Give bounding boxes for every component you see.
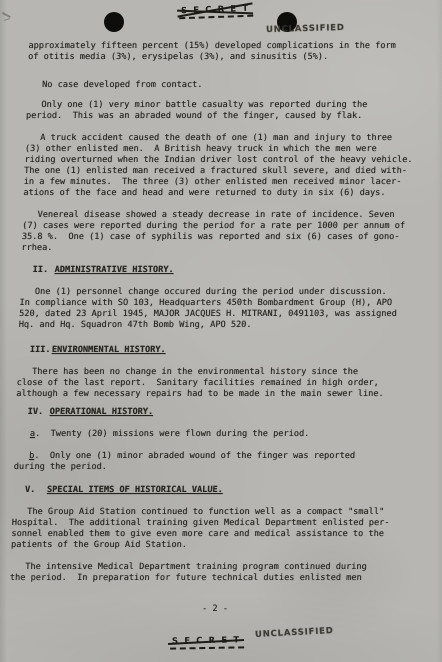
section-heading-administrative: II.ADMINISTRATIVE HISTORY.	[32, 265, 426, 276]
section-number: III.	[30, 345, 52, 356]
list-item-b: b. Only one (1) minor abraded wound of t…	[13, 451, 408, 473]
pencil-mark	[2, 12, 11, 18]
section-heading-operational: IV.OPERATIONAL HISTORY.	[27, 407, 421, 418]
paragraph-environment: There has been no change in the environm…	[16, 367, 411, 400]
paragraph-truck-accident: A truck accident caused the death of one…	[23, 133, 419, 199]
item-text: . Twenty (20) missions were flown during…	[35, 429, 310, 439]
section-heading-environmental: III.ENVIRONMENTAL HISTORY.	[30, 345, 424, 356]
section-number: V.	[25, 485, 47, 496]
section-number: IV.	[27, 407, 49, 418]
paragraph-group-aid-station: The Group Aid Station continued to funct…	[11, 507, 407, 551]
paragraph-personnel-change: One (1) personnel change occured during …	[18, 287, 414, 331]
page-number: - 2 -	[202, 604, 228, 614]
section-title: SPECIAL ITEMS OF HISTORICAL VALUE.	[47, 485, 223, 495]
paragraph-venereal-disease: Venereal disease showed a steady decreas…	[21, 210, 417, 254]
document-body: approximately fifteen percent (15%) deve…	[7, 0, 430, 662]
list-item-a: a. Twenty (20) missions were flown durin…	[15, 429, 409, 440]
secret-stamp-bottom: S E C R E T	[172, 635, 241, 646]
paragraph-complications: approximately fifteen percent (15%) deve…	[28, 41, 423, 63]
section-number: II.	[32, 265, 54, 276]
paragraph-training-program: The intensive Medical Department trainin…	[10, 562, 405, 584]
section-heading-special-items: V.SPECIAL ITEMS OF HISTORICAL VALUE.	[25, 485, 419, 496]
section-title: ADMINISTRATIVE HISTORY.	[54, 265, 173, 275]
section-title: OPERATIONAL HISTORY.	[49, 407, 153, 417]
section-title: ENVIRONMENTAL HISTORY.	[52, 345, 166, 355]
paragraph-contact: No case developed from contact.	[27, 80, 421, 91]
item-text: . Only one (1) minor abraded wound of th…	[14, 451, 356, 472]
scanned-document-page: S E C R E T UNCLASSIFIED approximately f…	[0, 0, 442, 662]
pencil-mark	[4, 18, 10, 21]
paragraph-battle-casualty: Only one (1) very minor battle casualty …	[26, 100, 421, 122]
